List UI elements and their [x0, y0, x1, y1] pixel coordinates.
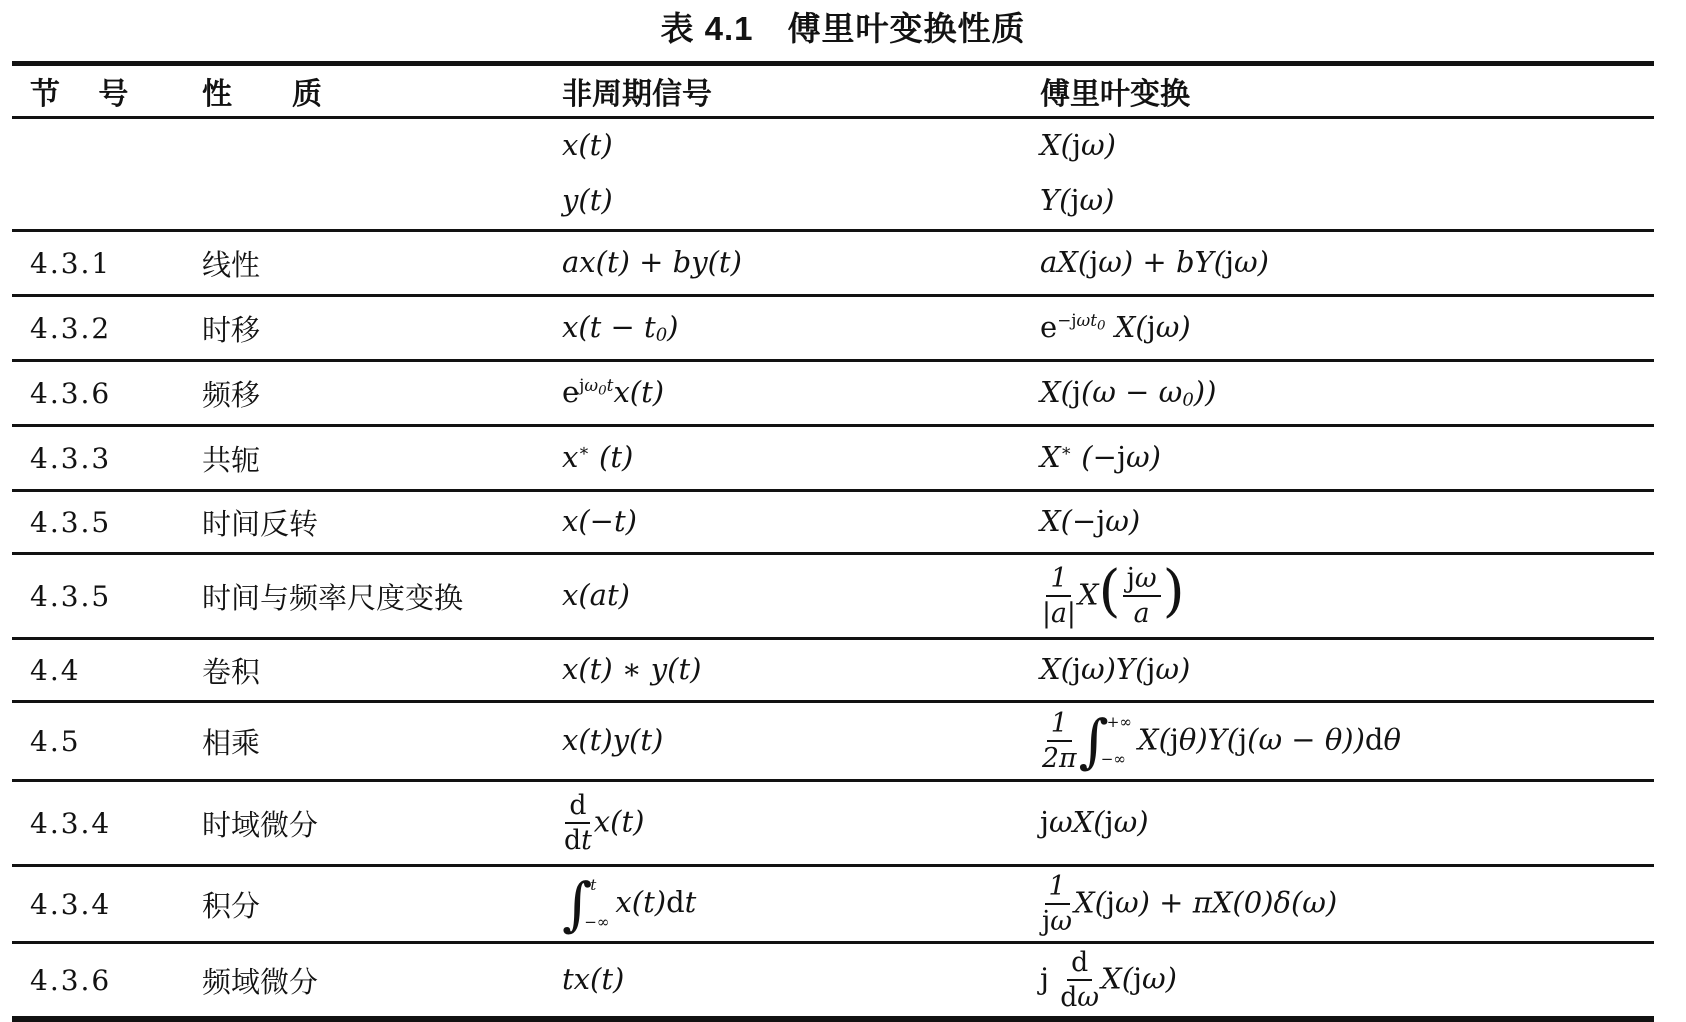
fourier-properties-table: 节 号 性 质 非周期信号 傅里叶变换 x(t) X(jω) y(t) Y(jω…	[12, 61, 1654, 1022]
property-cell: 积分	[202, 884, 562, 925]
signal-cell: ax(t) + by(t)	[562, 246, 1040, 279]
transform-cell: X(j(ω − ω0))	[1040, 376, 1654, 409]
table-row: 4.3.6 频移 ejω0tx(t) X(j(ω − ω0))	[12, 359, 1654, 424]
signal-cell: ejω0tx(t)	[562, 376, 1040, 409]
signal-cell: ddtx(t)	[562, 791, 1040, 856]
header-property: 性 质	[202, 69, 562, 113]
transform-cell: 12π∫+∞−∞X(jθ)Y(j(ω − θ))dθ	[1040, 709, 1654, 774]
section-cell: 4.3.5	[12, 580, 202, 613]
signal-cell: x(t)	[562, 129, 1040, 162]
signal-cell: x(t)y(t)	[562, 724, 1040, 757]
table-row: 4.3.5 时间反转 x(−t) X(−jω)	[12, 489, 1654, 552]
table-title: 表 4.1 傅里叶变换性质	[0, 0, 1686, 52]
table-header-row: 节 号 性 质 非周期信号 傅里叶变换	[12, 66, 1654, 116]
signal-cell: ∫t−∞x(t)dt	[562, 877, 1040, 931]
header-signal: 非周期信号	[562, 69, 1040, 113]
property-cell: 频域微分	[202, 960, 562, 1001]
signal-cell: tx(t)	[562, 963, 1040, 996]
property-cell: 线性	[202, 243, 562, 284]
table-row: 4.3.4 积分 ∫t−∞x(t)dt 1jωX(jω) + πX(0)δ(ω)	[12, 864, 1654, 941]
section-cell: 4.3.1	[12, 247, 202, 280]
table-row: 4.3.1 线性 ax(t) + by(t) aX(jω) + bY(jω)	[12, 229, 1654, 294]
signal-cell: x∗ (t)	[562, 441, 1040, 474]
transform-cell: X(jω)Y(jω)	[1040, 653, 1654, 686]
signal-cell: x(t) ∗ y(t)	[562, 653, 1040, 686]
section-cell: 4.3.4	[12, 888, 202, 921]
section-cell: 4.4	[12, 654, 202, 687]
signal-cell: x(at)	[562, 579, 1040, 612]
property-cell: 时域微分	[202, 803, 562, 844]
section-cell: 4.3.3	[12, 442, 202, 475]
property-cell: 卷积	[202, 650, 562, 691]
property-cell: 时移	[202, 308, 562, 349]
transform-cell: j ddωX(jω)	[1040, 948, 1654, 1013]
table-row: 4.3.4 时域微分 ddtx(t) jωX(jω)	[12, 779, 1654, 864]
property-cell: 时间与频率尺度变换	[202, 576, 562, 617]
table-row: y(t) Y(jω)	[12, 173, 1654, 229]
signal-cell: x(−t)	[562, 505, 1040, 538]
transform-cell: X∗ (−jω)	[1040, 441, 1654, 474]
transform-cell: Y(jω)	[1040, 184, 1654, 217]
section-cell: 4.3.6	[12, 377, 202, 410]
transform-cell: X(jω)	[1040, 129, 1654, 162]
section-cell: 4.5	[12, 725, 202, 758]
property-cell: 共轭	[202, 438, 562, 479]
scanned-page: 表 4.1 傅里叶变换性质 节 号 性 质 非周期信号 傅里叶变换 x(t) X…	[0, 0, 1686, 1022]
section-cell: 4.3.4	[12, 807, 202, 840]
table-row: 4.4 卷积 x(t) ∗ y(t) X(jω)Y(jω)	[12, 637, 1654, 700]
table-row: x(t) X(jω)	[12, 116, 1654, 173]
table-row: 4.3.3 共轭 x∗ (t) X∗ (−jω)	[12, 424, 1654, 489]
table-row: 4.3.5 时间与频率尺度变换 x(at) 1|a|X(jωa)	[12, 552, 1654, 637]
transform-cell: jωX(jω)	[1040, 806, 1654, 839]
header-transform: 傅里叶变换	[1040, 69, 1654, 113]
header-section: 节 号	[12, 69, 202, 113]
signal-cell: x(t − t0)	[562, 311, 1040, 344]
transform-cell: 1|a|X(jωa)	[1040, 564, 1654, 629]
transform-cell: X(−jω)	[1040, 505, 1654, 538]
table-row: 4.5 相乘 x(t)y(t) 12π∫+∞−∞X(jθ)Y(j(ω − θ))…	[12, 700, 1654, 779]
transform-cell: aX(jω) + bY(jω)	[1040, 246, 1654, 279]
property-cell: 频移	[202, 373, 562, 414]
section-cell: 4.3.6	[12, 964, 202, 997]
section-cell: 4.3.5	[12, 506, 202, 539]
property-cell: 相乘	[202, 721, 562, 762]
transform-cell: e−jωt0 X(jω)	[1040, 311, 1654, 344]
property-cell: 时间反转	[202, 502, 562, 543]
table-row: 4.3.2 时移 x(t − t0) e−jωt0 X(jω)	[12, 294, 1654, 359]
table-row: 4.3.6 频域微分 tx(t) j ddωX(jω)	[12, 941, 1654, 1016]
signal-cell: y(t)	[562, 184, 1040, 217]
transform-cell: 1jωX(jω) + πX(0)δ(ω)	[1040, 872, 1654, 937]
section-cell: 4.3.2	[12, 312, 202, 345]
